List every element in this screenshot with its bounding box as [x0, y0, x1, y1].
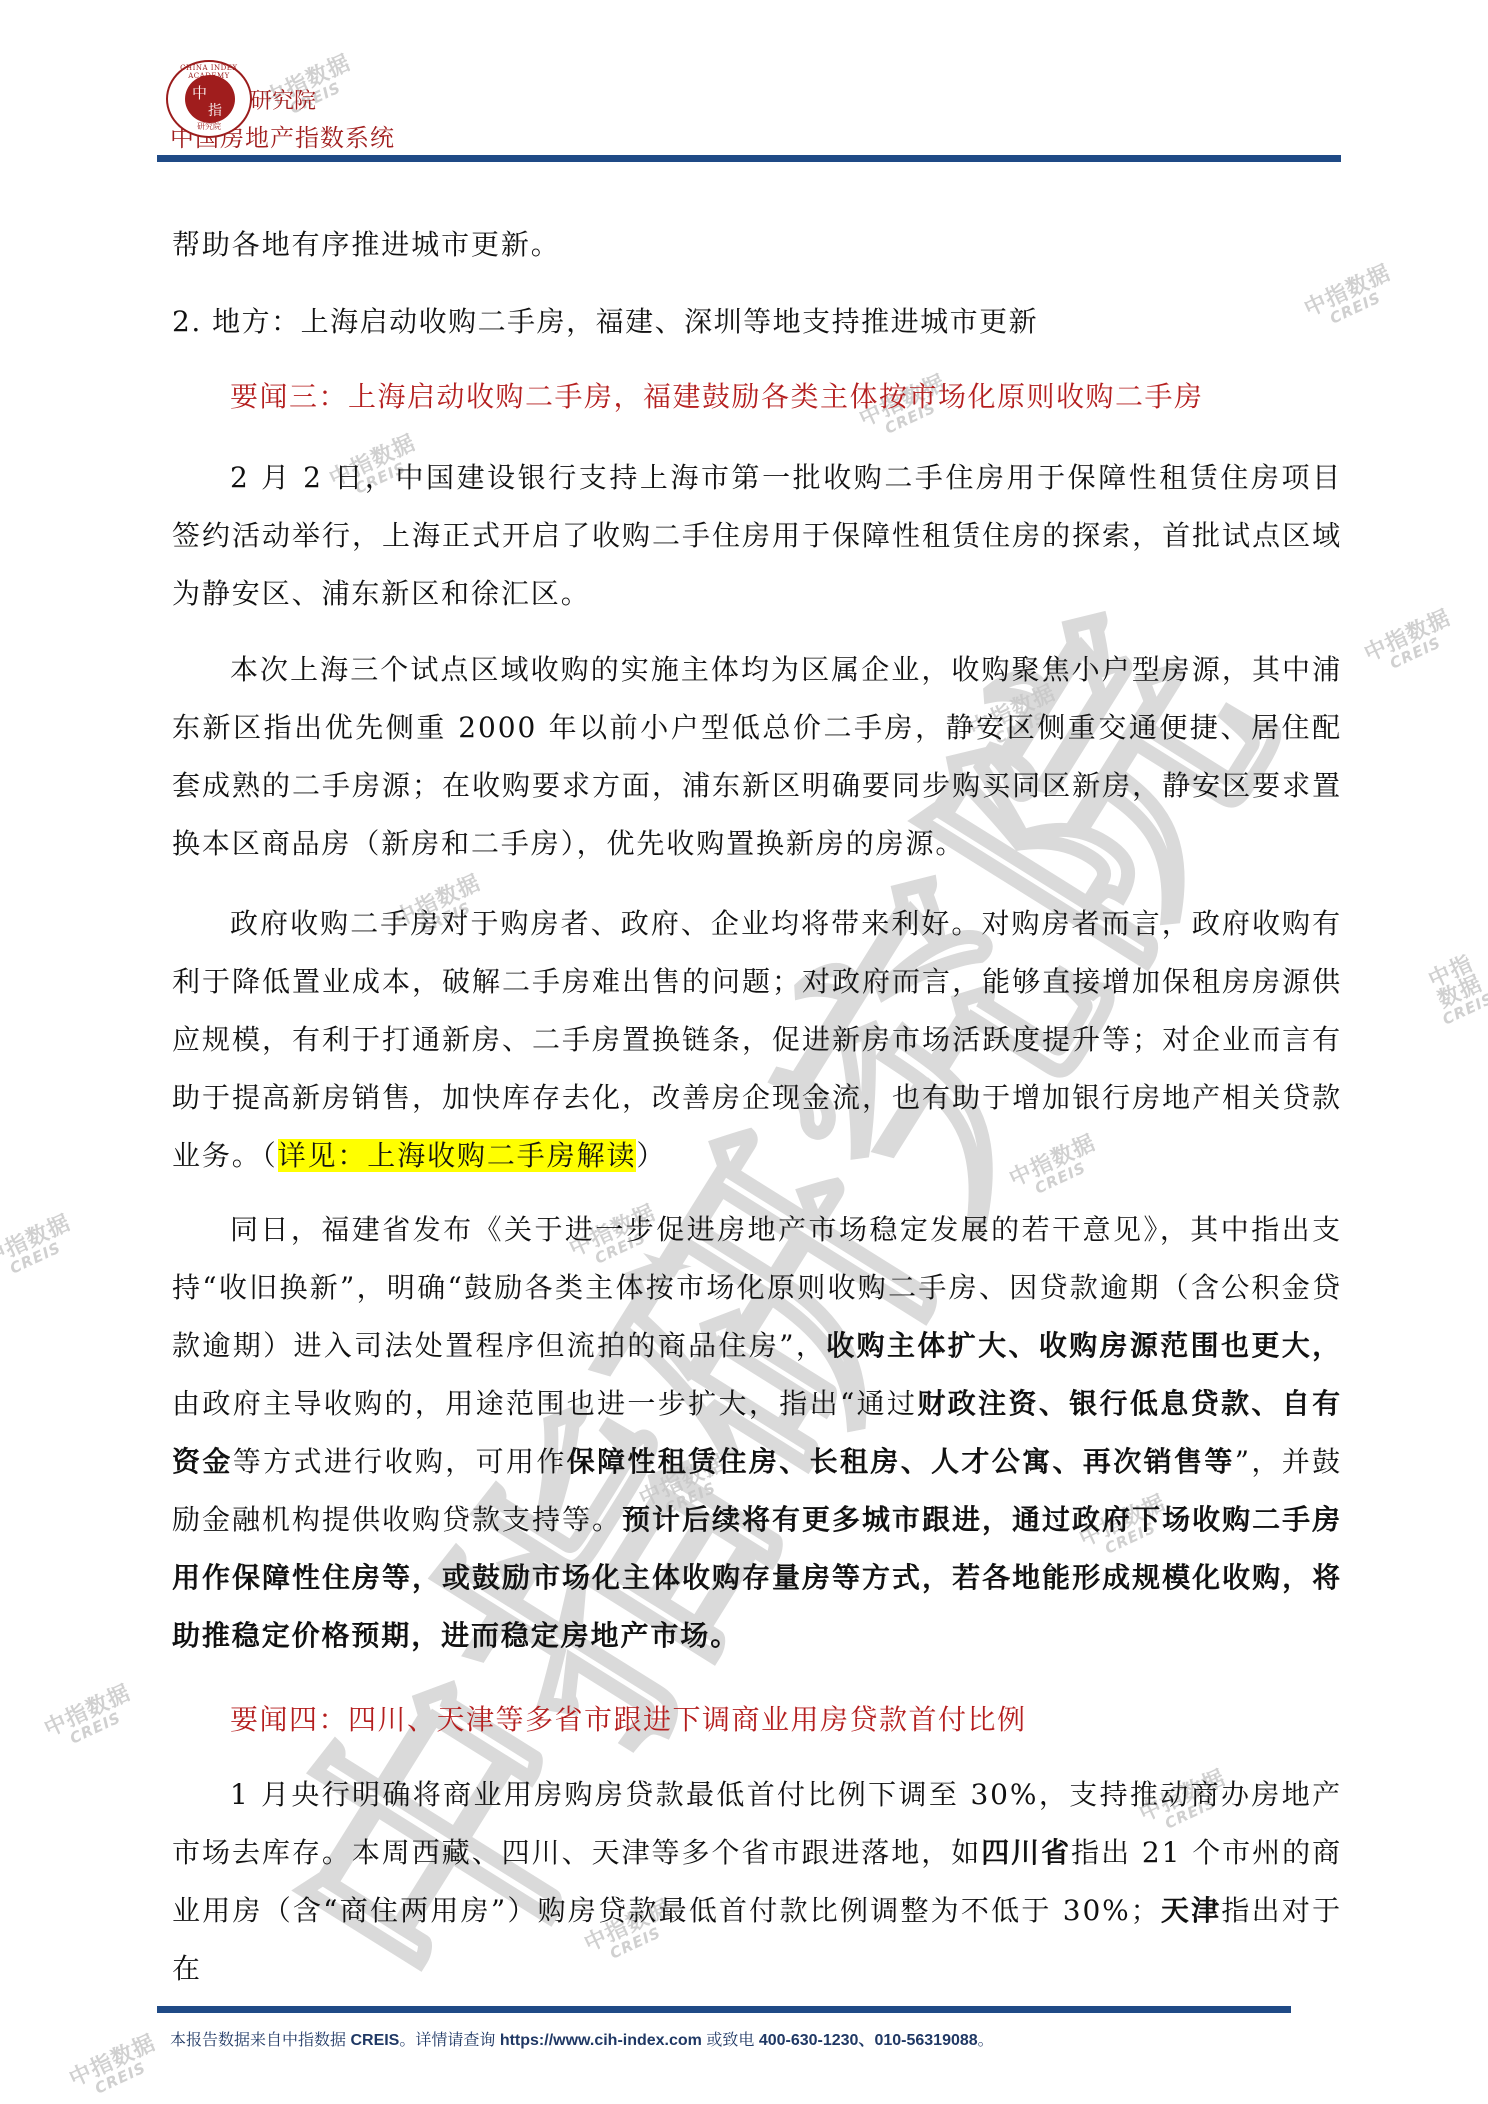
paragraph-continuation: 帮助各地有序推进城市更新。	[172, 216, 1342, 274]
footer-mid2: 或致电	[702, 2032, 759, 2049]
section-heading: 2. 地方：上海启动收购二手房，福建、深圳等地支持推进城市更新	[172, 293, 1342, 351]
see-also-link[interactable]: 详见：上海收购二手房解读	[278, 1139, 637, 1172]
paragraph-fujian: 同日，福建省发布《关于进一步促进房地产市场稳定发展的若干意见》，其中指出支持“收…	[172, 1201, 1342, 1665]
fujian-bold-1: 收购主体扩大、收购房源范围也更大，	[826, 1329, 1342, 1362]
footer-phones: 400-630-1230、010-56319088	[759, 2032, 978, 2049]
logo-bottom-text: 研究院	[168, 121, 250, 132]
watermark-small: 中指数据CREIS	[1361, 607, 1460, 679]
watermark-small: 中指数据CREIS	[0, 1212, 81, 1284]
fujian-text-2: 由政府主导收购的，用途范围也进一步扩大，指出“通过	[172, 1387, 917, 1420]
paragraph-shanghai-launch: 2 月 2 日，中国建设银行支持上海市第一批收购二手住房用于保障性租赁住房项目签…	[172, 449, 1342, 623]
logo-char-bottom: 指	[208, 100, 222, 120]
footer-brand: CREIS	[350, 2032, 399, 2049]
downpayment-bold-tianjin: 天津	[1161, 1894, 1222, 1927]
footer-note: 本报告数据来自中指数据 CREIS。详情请查询 https://www.cih-…	[170, 2027, 994, 2050]
watermark-small: 中指数据CREIS	[41, 1682, 140, 1754]
header-divider	[157, 155, 1341, 162]
fujian-text-3: 等方式进行收购，可用作	[233, 1445, 567, 1478]
paragraph-benefits: 政府收购二手房对于购房者、政府、企业均将带来利好。对购房者而言，政府收购有利于降…	[172, 895, 1342, 1185]
benefits-text: 政府收购二手房对于购房者、政府、企业均将带来利好。对购房者而言，政府收购有利于降…	[172, 907, 1342, 1172]
watermark-small: 中指数据CREIS	[1420, 951, 1488, 1029]
fujian-bold-3: 保障性租赁住房、长租房、人才公寓、再次销售等	[567, 1445, 1235, 1478]
benefits-tail: ）	[636, 1139, 666, 1172]
news-heading-4: 要闻四：四川、天津等多省市跟进下调商业用房贷款首付比例	[230, 1691, 1340, 1749]
header-org-name: 研究院	[250, 84, 316, 115]
news-heading-3: 要闻三：上海启动收购二手房，福建鼓励各类主体按市场化原则收购二手房	[230, 368, 1340, 426]
logo-char-top: 中	[192, 82, 207, 103]
paragraph-pilot-districts: 本次上海三个试点区域收购的实施主体均为区属企业，收购聚焦小户型房源，其中浦东新区…	[172, 641, 1342, 873]
academy-logo: CHINA INDEX ACADEMY 中 指 研究院	[166, 60, 252, 138]
footer-prefix: 本报告数据来自中指数据	[170, 2032, 350, 2049]
paragraph-commercial-downpayment: 1 月央行明确将商业用房购房贷款最低首付比例下调至 30%，支持推动商办房地产市…	[172, 1766, 1342, 1998]
footer-end: 。	[978, 2032, 994, 2049]
footer-divider	[157, 2006, 1291, 2013]
watermark-small: 中指数据CREIS	[66, 2032, 165, 2104]
downpayment-bold-sichuan: 四川省	[981, 1836, 1071, 1869]
